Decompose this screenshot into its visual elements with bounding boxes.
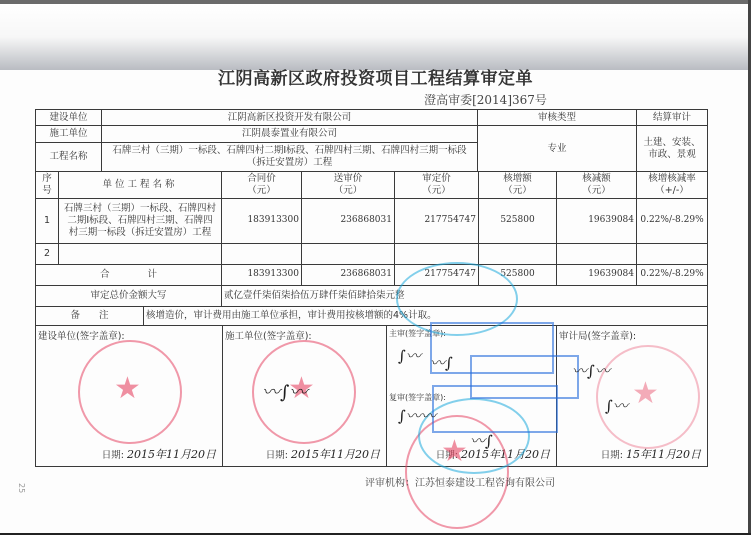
remarks-label: 备 注	[35, 306, 144, 326]
signature-auditor-label: 主审(签字盖章):	[389, 328, 446, 339]
signature-audit-bureau-label: 审计局(签字盖章):	[559, 328, 636, 342]
date-label: 日期:	[436, 450, 458, 461]
header-decrease: 核减额（元）	[556, 171, 637, 199]
uppercase-label: 审定总价金额大写	[35, 285, 222, 307]
contractor-value: 江阴晨泰置业有限公司	[101, 125, 478, 143]
signature-audit-bureau: 审计局(签字盖章): 日期: 15年11月20日	[556, 325, 708, 467]
total-label: 合 计	[35, 264, 222, 286]
page-mark: 25	[17, 483, 26, 493]
total-contract: 183913300	[221, 264, 302, 286]
row2-rate	[636, 243, 708, 265]
project-label: 工程名称	[35, 142, 102, 172]
row1-approved: 217754747	[394, 198, 479, 244]
total-submitted: 236868031	[301, 264, 395, 286]
row1-name: 石牌三村（三期）一标段、石牌四村二期Ⅰ标段、石牌四村三期、石牌四村三期一标段（拆…	[58, 198, 222, 244]
date-value: 2015年11月20日	[127, 448, 216, 461]
date-label: 日期:	[601, 450, 623, 461]
signature-builder: 建设单位(签字盖章): 日期: 2015年11月20日	[35, 325, 223, 467]
signature-contractor-date: 日期: 2015年11月20日	[266, 446, 380, 462]
signature-audit-bureau-date: 日期: 15年11月20日	[601, 446, 701, 462]
row1-rate: 0.22%/-8.29%	[636, 198, 708, 244]
date-label: 日期:	[102, 450, 124, 461]
builder-value: 江阴高新区投资开发有限公司	[101, 109, 478, 126]
row2-contract	[221, 243, 302, 265]
header-contract: 合同价（元）	[221, 171, 302, 199]
signature-reviewer-label: 复审(签字盖章):	[389, 392, 446, 403]
total-approved: 217754747	[394, 264, 479, 286]
row1-seq: 1	[35, 198, 59, 244]
uppercase-value: 贰亿壹仟柒佰柒拾伍万肆仟柒佰肆拾柒元整	[221, 285, 708, 307]
date-value: 15年11月20日	[626, 448, 701, 461]
settlement-label: 结算审计	[636, 109, 708, 126]
signature-contractor: 施工单位(签字盖章): 日期: 2015年11月20日	[222, 325, 387, 467]
header-rate: 核增核减率（+/-）	[636, 171, 708, 199]
header-seq: 序号	[35, 171, 59, 199]
audit-type-label: 审核类型	[477, 109, 637, 126]
row2-submitted	[301, 243, 395, 265]
audit-type-value: 专业	[477, 125, 637, 172]
document-title: 江阴高新区政府投资项目工程结算审定单	[0, 64, 751, 89]
project-value: 石牌三村（三期）一标段、石牌四村二期Ⅰ标段、石牌四村三期、石牌四村三期一标段（拆…	[101, 142, 478, 172]
signature-builder-date: 日期: 2015年11月20日	[102, 446, 216, 462]
date-label: 日期:	[266, 450, 288, 461]
total-increase: 525800	[478, 264, 557, 286]
row2-decrease	[556, 243, 637, 265]
total-decrease: 19639084	[556, 264, 637, 286]
scan-shadow	[0, 4, 751, 70]
document-number: 澄高审委[2014]367号	[0, 91, 751, 108]
signature-contractor-label: 施工单位(签字盖章):	[225, 328, 312, 342]
row2-approved	[394, 243, 479, 265]
remarks-value: 核增造价，审计费用由施工单位承担，审计费用按核增额的4%计取。	[143, 306, 708, 326]
row1-submitted: 236868031	[301, 198, 395, 244]
header-approved: 审定价（元）	[394, 171, 479, 199]
row2-increase	[478, 243, 557, 265]
header-name: 单位工程名称	[58, 171, 222, 199]
row2-name	[58, 243, 222, 265]
date-value: 2015年11月20日	[291, 448, 380, 461]
signature-auditor: 主审(签字盖章): 复审(签字盖章): 日期: 2015年11月20日	[386, 325, 557, 467]
row1-increase: 525800	[478, 198, 557, 244]
builder-label: 建设单位	[35, 109, 102, 126]
row1-decrease: 19639084	[556, 198, 637, 244]
contractor-label: 施工单位	[35, 125, 102, 143]
total-rate: 0.22%/-8.29%	[636, 264, 708, 286]
row2-seq: 2	[35, 243, 59, 265]
signature-builder-label: 建设单位(签字盖章):	[38, 328, 125, 342]
date-value: 2015年11月20日	[461, 448, 550, 461]
header-increase: 核增额（元）	[478, 171, 557, 199]
reviewer-organization: 评审机构：江苏恒泰建设工程咨询有限公司	[365, 474, 555, 489]
row1-contract: 183913300	[221, 198, 302, 244]
settlement-value: 土建、安装、市政、景观	[636, 125, 708, 172]
header-submitted: 送审价（元）	[301, 171, 395, 199]
signature-auditor-date: 日期: 2015年11月20日	[436, 446, 550, 462]
